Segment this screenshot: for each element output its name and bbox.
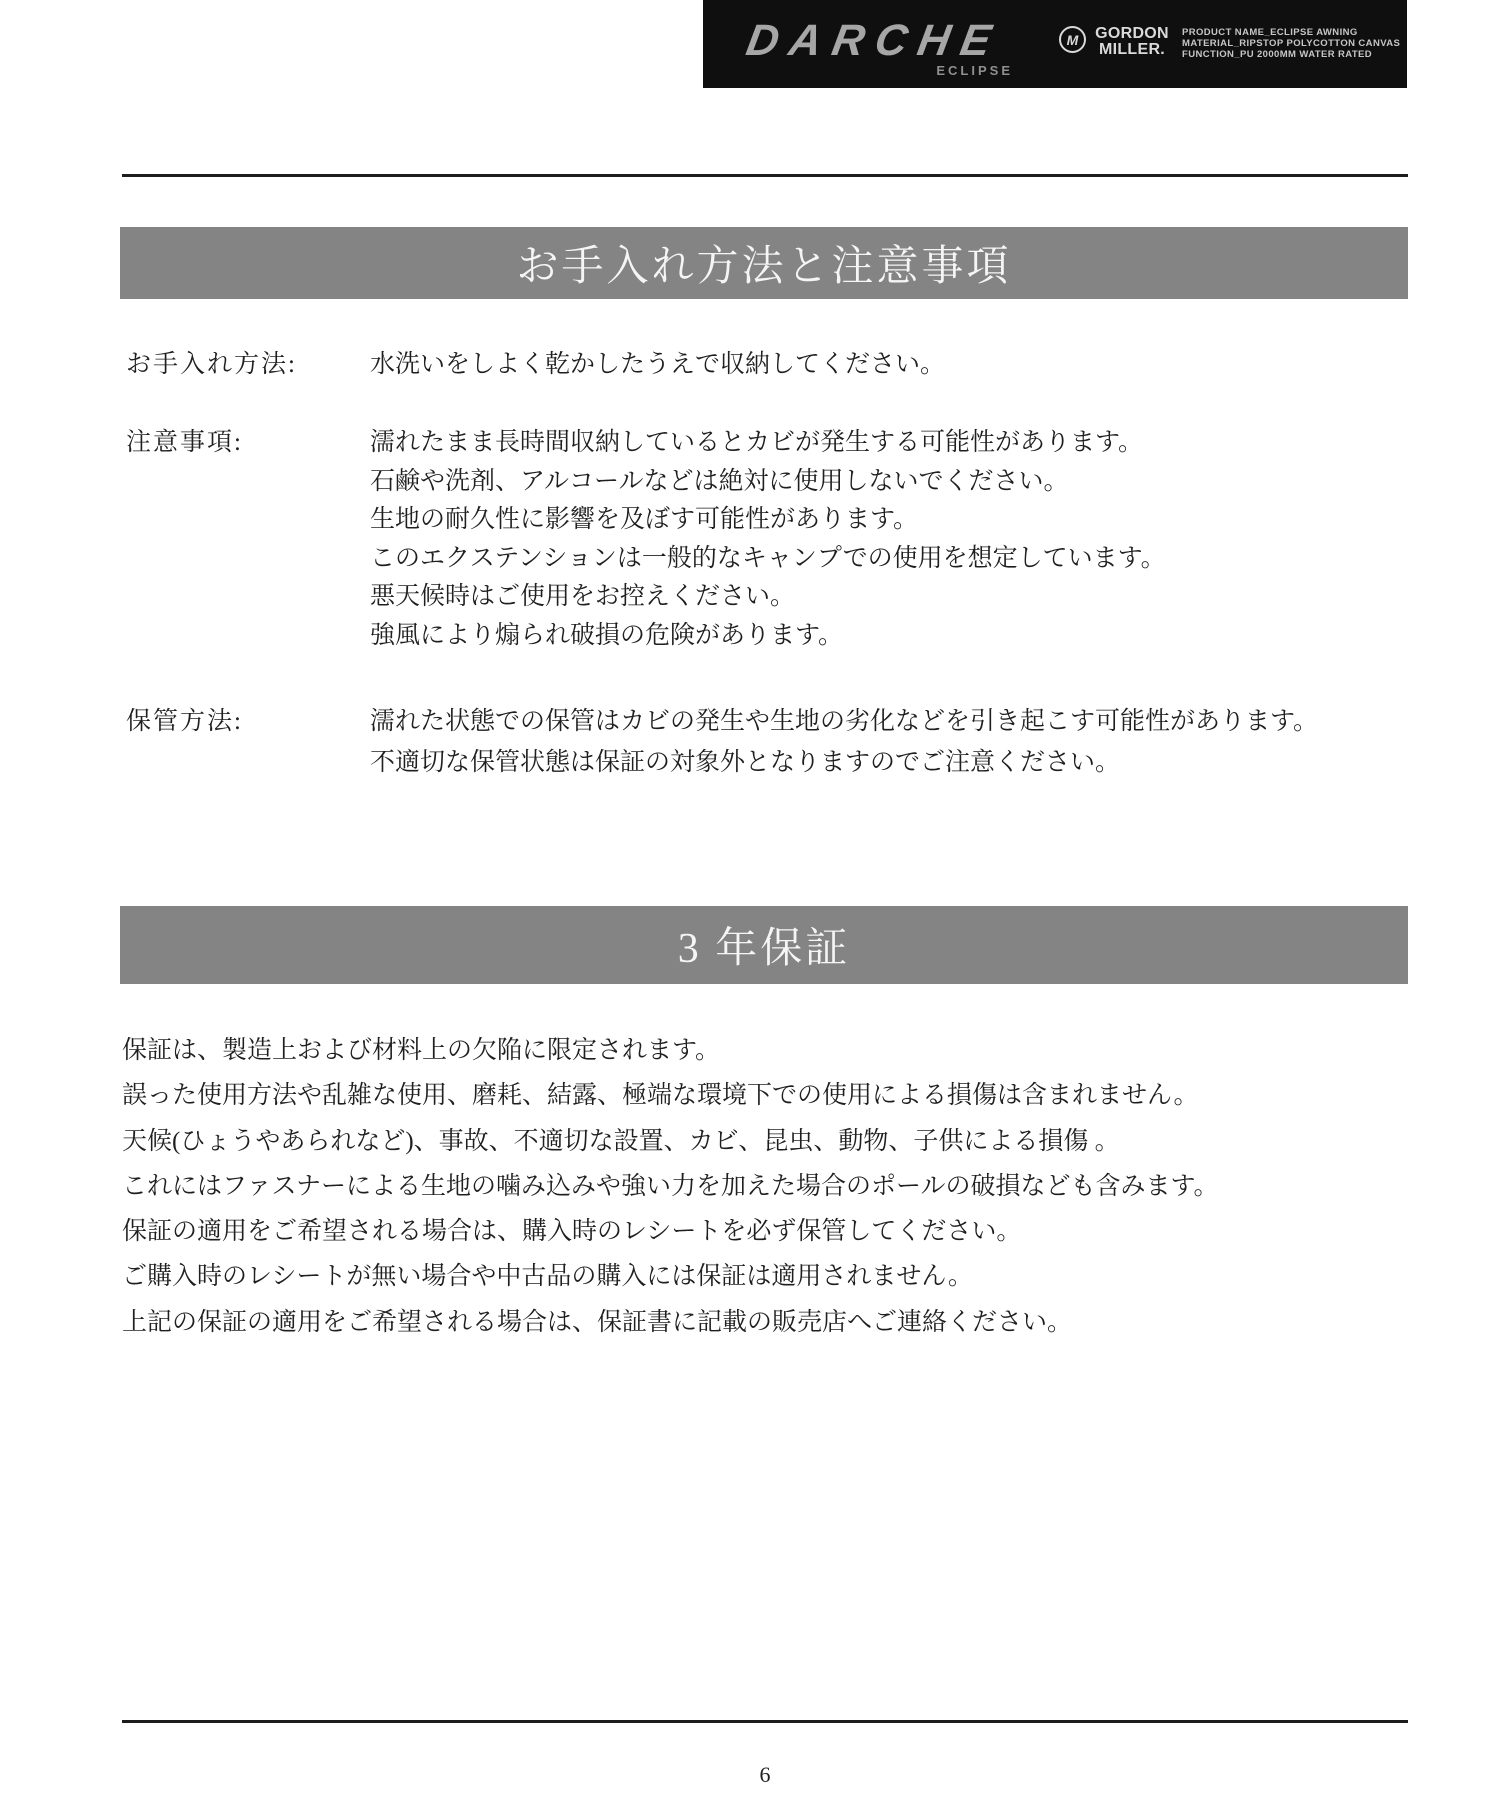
warranty-line: 誤った使用方法や乱雑な使用、磨耗、結露、極端な環境下での使用による損傷は含まれま… — [122, 1073, 1422, 1118]
caution-line: 悪天候時はご使用をお控えください。 — [370, 578, 1166, 617]
warranty-line: 保証の適用をご希望される場合は、購入時のレシートを必ず保管してください。 — [122, 1209, 1422, 1254]
warranty-line: 天候(ひょうやあられなど)、事故、不適切な設置、カビ、昆虫、動物、子供による損傷… — [122, 1119, 1422, 1164]
monogram-letter: M — [1067, 32, 1079, 48]
storage-line: 濡れた状態での保管はカビの発生や生地の劣化などを引き起こす可能性があります。 — [370, 701, 1318, 742]
spec-line-material: MATERIAL_RIPSTOP POLYCOTTON CANVAS — [1182, 38, 1400, 49]
page-number: 6 — [122, 1762, 1408, 1788]
care-method-lines: 水洗いをしよく乾かしたうえで収納してください。 — [370, 350, 945, 380]
darche-eclipse-label: ECLIPSE — [747, 63, 1013, 78]
warranty-paragraph: 保証は、製造上および材料上の欠陥に限定されます。 誤った使用方法や乱雑な使用、磨… — [122, 1028, 1422, 1345]
warranty-section-title: 3 年保証 — [678, 915, 851, 975]
spec-line-product-name: PRODUCT NAME_ECLIPSE AWNING — [1182, 27, 1400, 38]
warranty-line: ご購入時のレシートが無い場合や中古品の購入には保証は適用されません。 — [122, 1254, 1422, 1299]
caution-line: 強風により煽られ破損の危険があります。 — [370, 617, 1166, 656]
darche-logo: DARCHE ECLIPSE — [747, 22, 1013, 78]
gordon-miller-logotype: GORDON MILLER. — [1094, 26, 1170, 57]
warranty-line: 保証は、製造上および材料上の欠陥に限定されます。 — [122, 1028, 1422, 1073]
caution-label: 注意事項: — [126, 424, 243, 463]
care-method-line: 水洗いをしよく乾かしたうえで収納してください。 — [370, 350, 945, 380]
storage-line: 不適切な保管状態は保証の対象外となりますのでご注意ください。 — [370, 742, 1318, 783]
brand-header-bar: DARCHE ECLIPSE M GORDON MILLER. PRODUCT … — [703, 0, 1407, 88]
storage-lines: 濡れた状態での保管はカビの発生や生地の劣化などを引き起こす可能性があります。 不… — [370, 701, 1318, 783]
care-section-title: お手入れ方法と注意事項 — [516, 233, 1011, 293]
top-rule — [122, 174, 1408, 177]
care-section-banner: お手入れ方法と注意事項 — [120, 227, 1408, 299]
warranty-section-banner: 3 年保証 — [120, 906, 1408, 984]
caution-line: 石鹸や洗剤、アルコールなどは絶対に使用しないでください。 — [370, 463, 1166, 502]
care-method-label: お手入れ方法: — [126, 350, 297, 380]
warranty-line: これにはファスナーによる生地の噛み込みや強い力を加えた場合のポールの破損なども含… — [122, 1164, 1422, 1209]
gordon-line: GORDON — [1094, 26, 1170, 42]
spec-line-function: FUNCTION_PU 2000MM WATER RATED — [1182, 49, 1400, 60]
caution-line: このエクステンションは一般的なキャンプでの使用を想定しています。 — [370, 540, 1166, 579]
darche-wordmark: DARCHE — [744, 22, 1017, 60]
manual-page: DARCHE ECLIPSE M GORDON MILLER. PRODUCT … — [0, 0, 1500, 1800]
miller-line: MILLER. — [1094, 42, 1170, 58]
bottom-rule — [122, 1720, 1408, 1723]
caution-line: 生地の耐久性に影響を及ぼす可能性があります。 — [370, 501, 1166, 540]
storage-label: 保管方法: — [126, 701, 243, 742]
warranty-line: 上記の保証の適用をご希望される場合は、保証書に記載の販売店へご連絡ください。 — [122, 1300, 1422, 1345]
caution-line: 濡れたまま長時間収納しているとカビが発生する可能性があります。 — [370, 424, 1166, 463]
gordon-miller-monogram-icon: M — [1059, 26, 1086, 53]
caution-lines: 濡れたまま長時間収納しているとカビが発生する可能性があります。 石鹸や洗剤、アル… — [370, 424, 1166, 656]
product-spec-block: PRODUCT NAME_ECLIPSE AWNING MATERIAL_RIP… — [1182, 27, 1400, 60]
